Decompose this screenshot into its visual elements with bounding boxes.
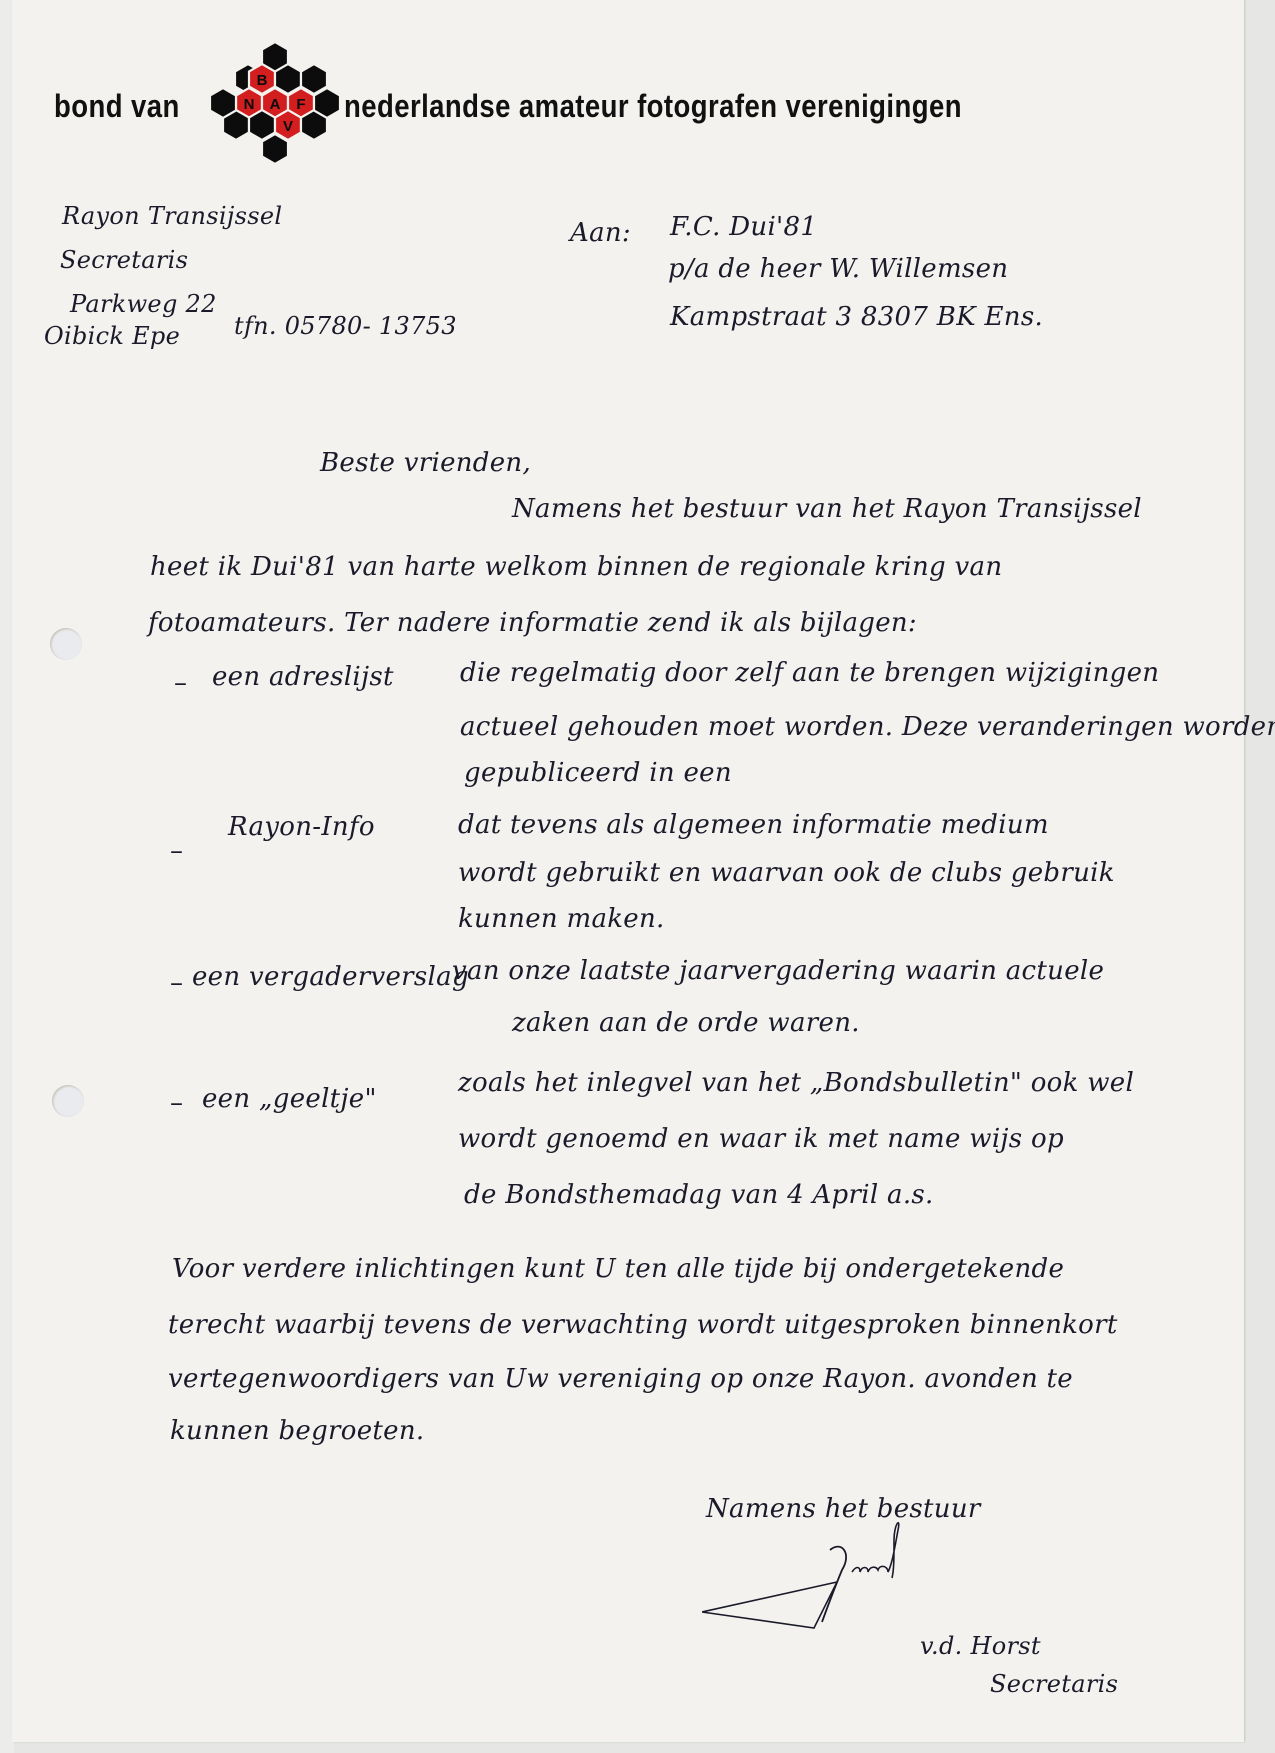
bullet-dash: – [170,968,183,998]
enclosure-desc-line: zoals het inlegvel van het „Bondsbulleti… [458,1068,1134,1098]
logo-letter-f: F [296,96,305,113]
enclosure-item: een vergaderverslag [192,962,469,992]
enclosure-item: Rayon-Info [228,812,375,842]
salutation: Beste vrienden, [320,448,531,478]
enclosure-item: een „geeltje" [202,1084,377,1114]
signer-name: v.d. Horst [920,1632,1041,1660]
closing-line-1: Voor verdere inlichtingen kunt U ten all… [172,1254,1064,1284]
closing-line-3: vertegenwoordigers van Uw vereniging op … [168,1364,1073,1394]
intro-line-1: Namens het bestuur van het Rayon Transij… [512,494,1142,524]
bullet-dash: – [174,668,187,698]
letter-page: bond van B N A F V [12,0,1244,1742]
sender-role: Secretaris [60,246,188,274]
logo-letter-n: N [244,96,255,113]
enclosure-desc-line: gepubliceerd in een [464,758,732,788]
recipient-address: Kampstraat 3 8307 BK Ens. [670,302,1043,332]
punch-hole [50,628,82,660]
enclosure-desc-line: actueel gehouden moet worden. Deze veran… [460,712,1275,742]
sender-street: Parkweg 22 [70,290,217,318]
enclosure-desc-line: dat tevens als algemeen informatie mediu… [458,810,1049,840]
sender-city: Oibick Epe [44,322,180,350]
recipient-attn: p/a de heer W. Willemsen [668,254,1008,284]
signature-icon [702,1510,1002,1630]
sender-phone: tfn. 05780- 13753 [234,312,457,340]
sender-rayon: Rayon Transijssel [62,202,282,230]
enclosure-desc-line: de Bondsthemadag van 4 April a.s. [464,1180,934,1210]
bnafv-hexagon-logo-icon: B N A F V [210,40,340,188]
logo-letter-b: B [257,72,268,89]
closing-line-2: terecht waarbij tevens de verwachting wo… [168,1310,1118,1340]
enclosure-item: een adreslijst [212,662,394,692]
enclosure-desc-line: zaken aan de orde waren. [512,1008,860,1038]
enclosure-desc-line: van onze laatste jaarvergadering waarin … [452,956,1104,986]
intro-line-3: fotoamateurs. Ter nadere informatie zend… [148,608,917,638]
enclosure-desc-line: wordt genoemd en waar ik met name wijs o… [458,1124,1064,1154]
enclosure-desc-line: wordt gebruikt en waarvan ook de clubs g… [458,858,1115,888]
intro-line-2: heet ik Dui'81 van harte welkom binnen d… [150,552,1002,582]
enclosure-desc-line: die regelmatig door zelf aan te brengen … [460,658,1159,688]
enclosure-desc-line: kunnen maken. [458,904,665,934]
letterhead-right-text: nederlandse amateur fotografen verenigin… [344,88,962,125]
bullet-dash: – [170,1088,183,1118]
letterhead-left-text: bond van [54,88,180,125]
punch-hole [52,1085,84,1117]
closing-line-4: kunnen begroeten. [170,1416,424,1446]
logo-letter-v: V [283,118,293,135]
logo-letter-a: A [270,96,281,113]
bullet-dash: – [170,836,183,866]
recipient-name: F.C. Dui'81 [670,212,817,242]
signer-title: Secretaris [990,1670,1118,1698]
recipient-label: Aan: [570,218,631,248]
